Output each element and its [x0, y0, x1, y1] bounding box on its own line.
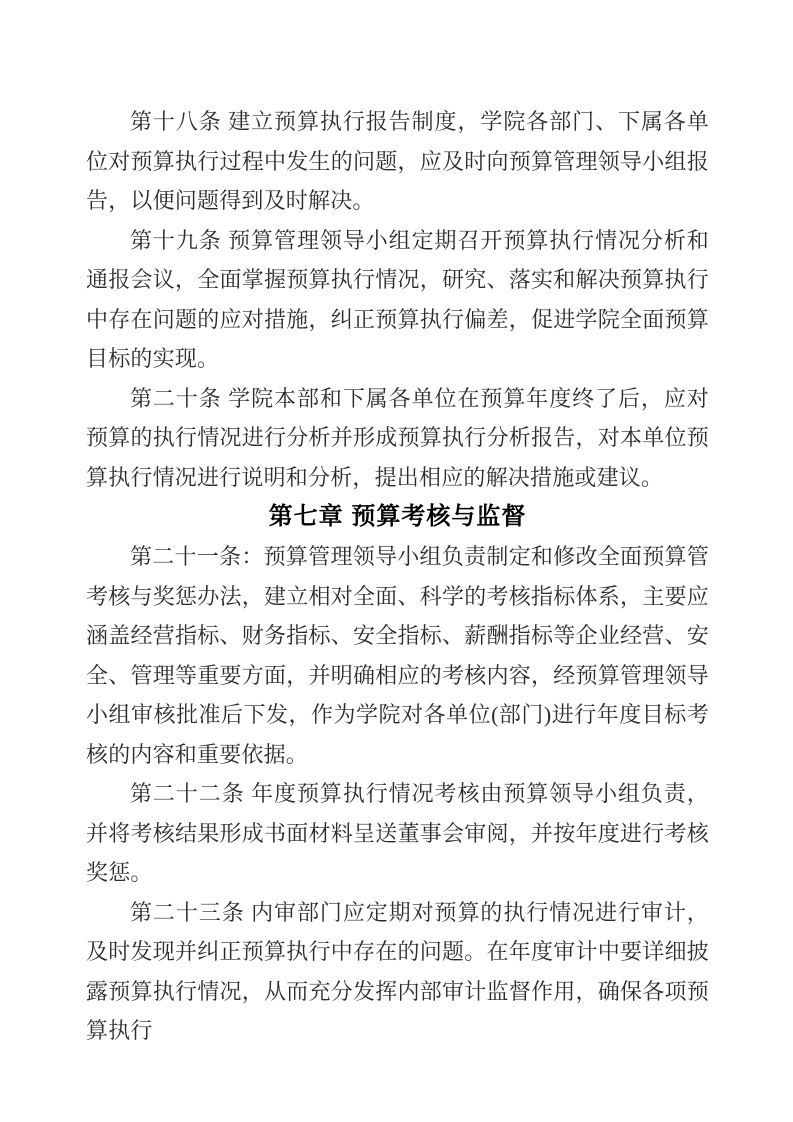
paragraph-article-23: 第二十三条 内审部门应定期对预算的执行情况进行审计，及时发现并纠正预算执行中存在…	[86, 893, 709, 1051]
paragraph-article-18: 第十八条 建立预算执行报告制度，学院各部门、下属各单位对预算执行过程中发生的问题…	[86, 102, 709, 221]
paragraph-article-21: 第二十一条：预算管理领导小组负责制定和修改全面预算管考核与奖惩办法，建立相对全面…	[86, 537, 709, 774]
chapter-7-heading: 第七章 预算考核与监督	[86, 497, 709, 537]
paragraph-article-20: 第二十条 学院本部和下属各单位在预算年度终了后，应对 预算的执行情况进行分析并形…	[86, 379, 709, 498]
paragraph-article-22: 第二十二条 年度预算执行情况考核由预算领导小组负责，并将考核结果形成书面材料呈送…	[86, 774, 709, 893]
document-page: 第十八条 建立预算执行报告制度，学院各部门、下属各单位对预算执行过程中发生的问题…	[0, 0, 793, 1122]
paragraph-article-19: 第十九条 预算管理领导小组定期召开预算执行情况分析和 通报会议，全面掌握预算执行…	[86, 221, 709, 379]
document-content: 第十八条 建立预算执行报告制度，学院各部门、下属各单位对预算执行过程中发生的问题…	[0, 0, 793, 1051]
